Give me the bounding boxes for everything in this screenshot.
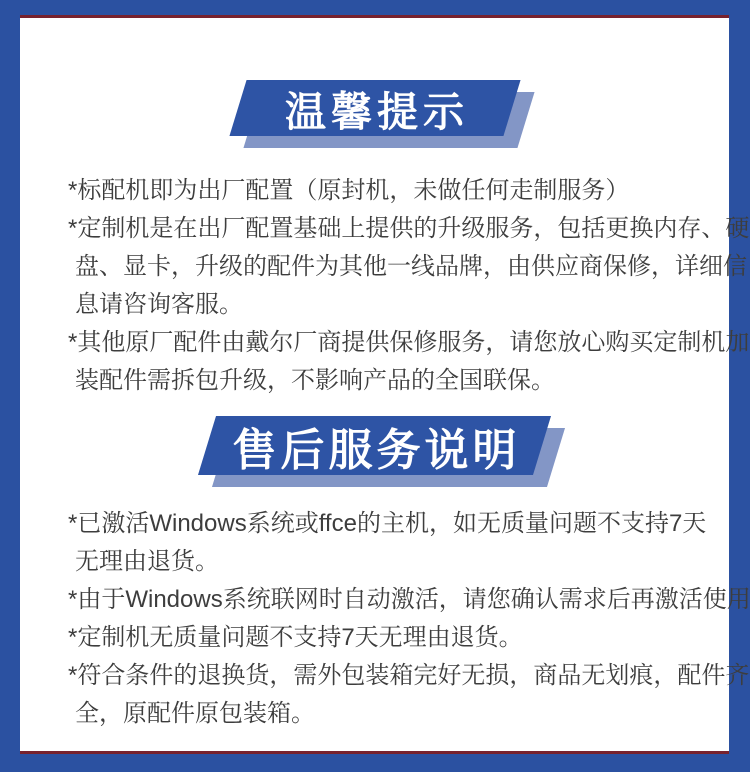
text-line: *标配机即为出厂配置（原封机，未做任何走制服务） [68,172,729,210]
frame-bottom [0,754,750,772]
product-notice-page: 温馨提示 *标配机即为出厂配置（原封机，未做任何走制服务） *定制机是在出厂配置… [0,0,750,772]
frame-right [729,0,750,772]
frame-left [0,0,20,772]
text-line: 盘、显卡，升级的配件为其他一线品牌，由供应商保修，详细信 [68,248,729,286]
after-sales-banner: 售后服务说明 [207,416,542,475]
text-line: *其他原厂配件由戴尔厂商提供保修服务，请您放心购买定制机加 [68,324,729,362]
after-sales-title: 售后服务说明 [207,416,542,475]
warm-tips-text: *标配机即为出厂配置（原封机，未做任何走制服务） *定制机是在出厂配置基础上提供… [20,172,729,400]
text-line: 息请咨询客服。 [68,286,729,324]
warm-tips-title: 温馨提示 [238,80,512,136]
text-line: 无理由退货。 [68,543,729,581]
warm-tips-banner: 温馨提示 [238,80,512,136]
after-sales-text: *已激活Windows系统或ffce的主机，如无质量问题不支持7天 无理由退货。… [20,505,729,733]
text-line: *符合条件的退换货，需外包装箱完好无损，商品无划痕，配件齐 [68,657,729,695]
section-warm-tips: 温馨提示 *标配机即为出厂配置（原封机，未做任何走制服务） *定制机是在出厂配置… [20,80,729,400]
bottom-divider-line [20,751,729,754]
text-line: 装配件需拆包升级，不影响产品的全国联保。 [68,362,729,400]
text-line: *已激活Windows系统或ffce的主机，如无质量问题不支持7天 [68,505,729,543]
text-line: *定制机无质量问题不支持7天无理由退货。 [68,619,729,657]
text-line: *由于Windows系统联网时自动激活，请您确认需求后再激活使用。 [68,581,729,619]
section-after-sales: 售后服务说明 *已激活Windows系统或ffce的主机，如无质量问题不支持7天… [20,416,729,733]
content-area: 温馨提示 *标配机即为出厂配置（原封机，未做任何走制服务） *定制机是在出厂配置… [20,18,729,751]
frame-top [0,0,750,15]
text-line: *定制机是在出厂配置基础上提供的升级服务，包括更换内存、硬 [68,210,729,248]
text-line: 全，原配件原包装箱。 [68,695,729,733]
